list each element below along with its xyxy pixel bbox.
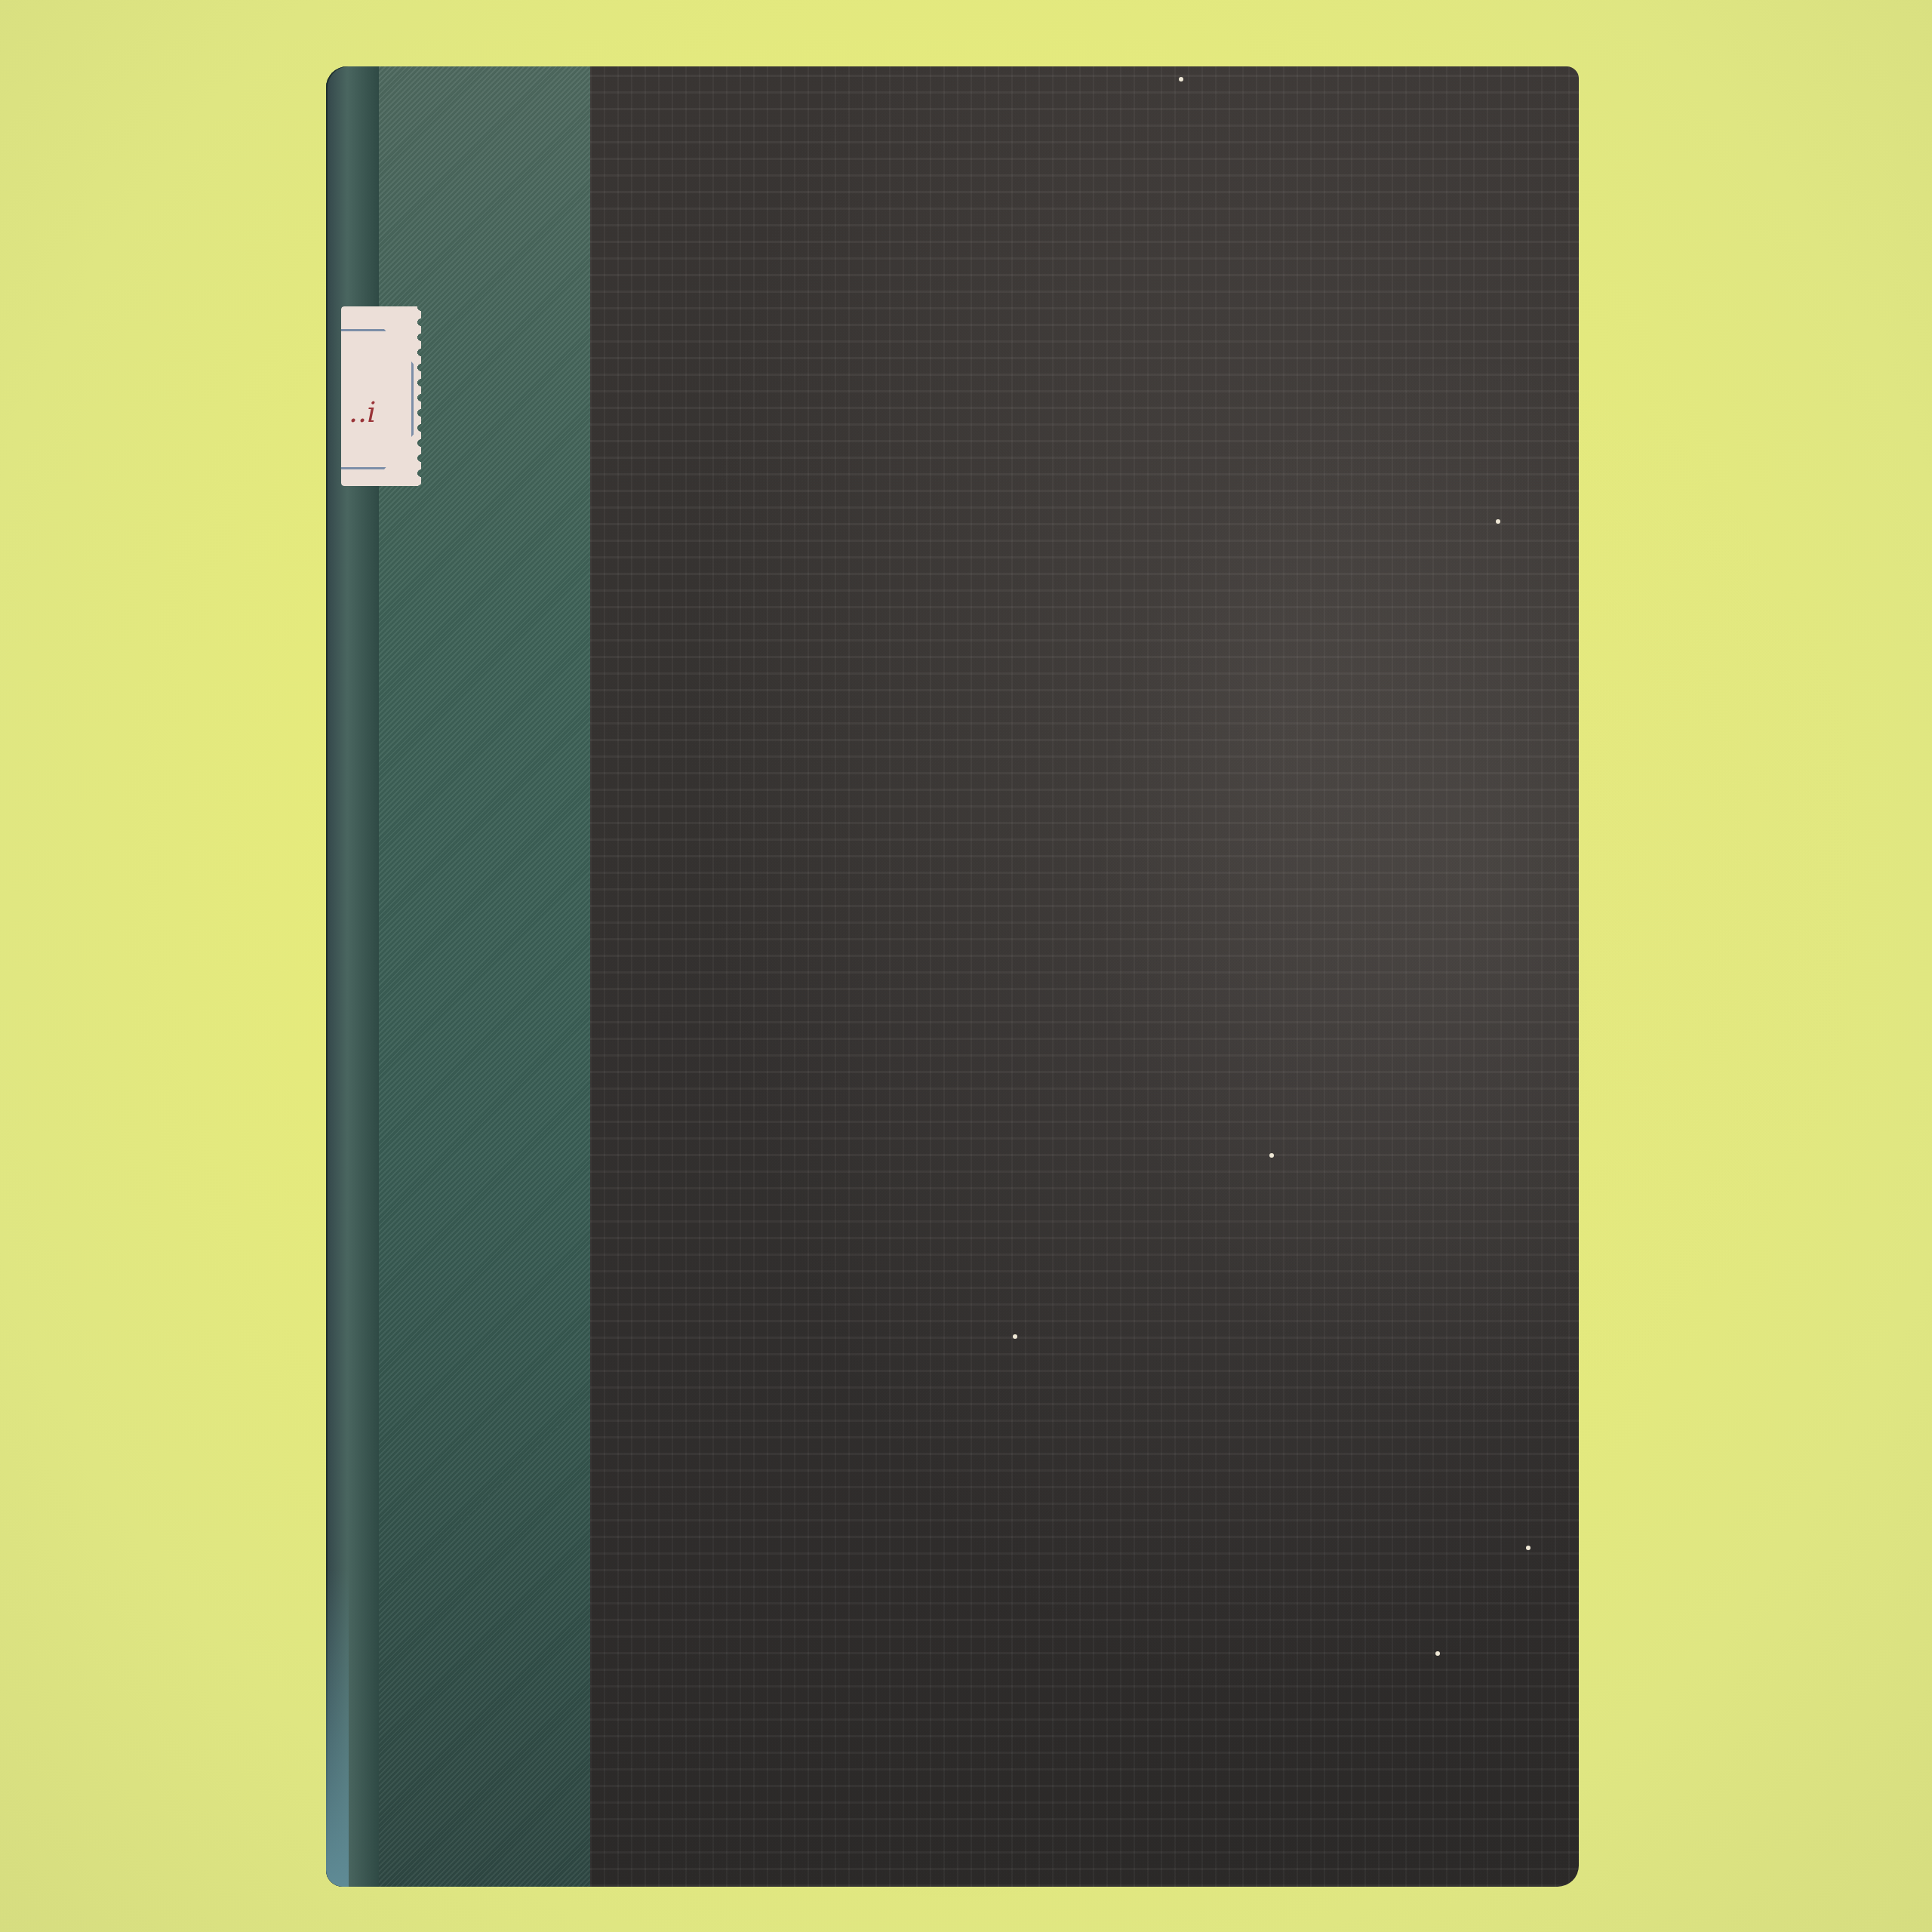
spine-label: ..i: [341, 306, 421, 486]
wear-spot: [1179, 77, 1183, 82]
book-front-board: [590, 66, 1579, 1887]
wear-spot: [1526, 1546, 1531, 1550]
wear-spot: [1435, 1651, 1440, 1656]
spine-edge-bottom: [326, 1570, 349, 1887]
book-spine-cloth: ..i: [326, 66, 590, 1887]
wear-spot: [1269, 1153, 1274, 1158]
crocodile-texture-highlight: [1084, 340, 1875, 1432]
wear-spot: [1496, 519, 1500, 524]
wear-spot: [1013, 1334, 1017, 1339]
book: ..i: [326, 66, 1579, 1887]
label-handwriting: ..i: [349, 395, 376, 429]
